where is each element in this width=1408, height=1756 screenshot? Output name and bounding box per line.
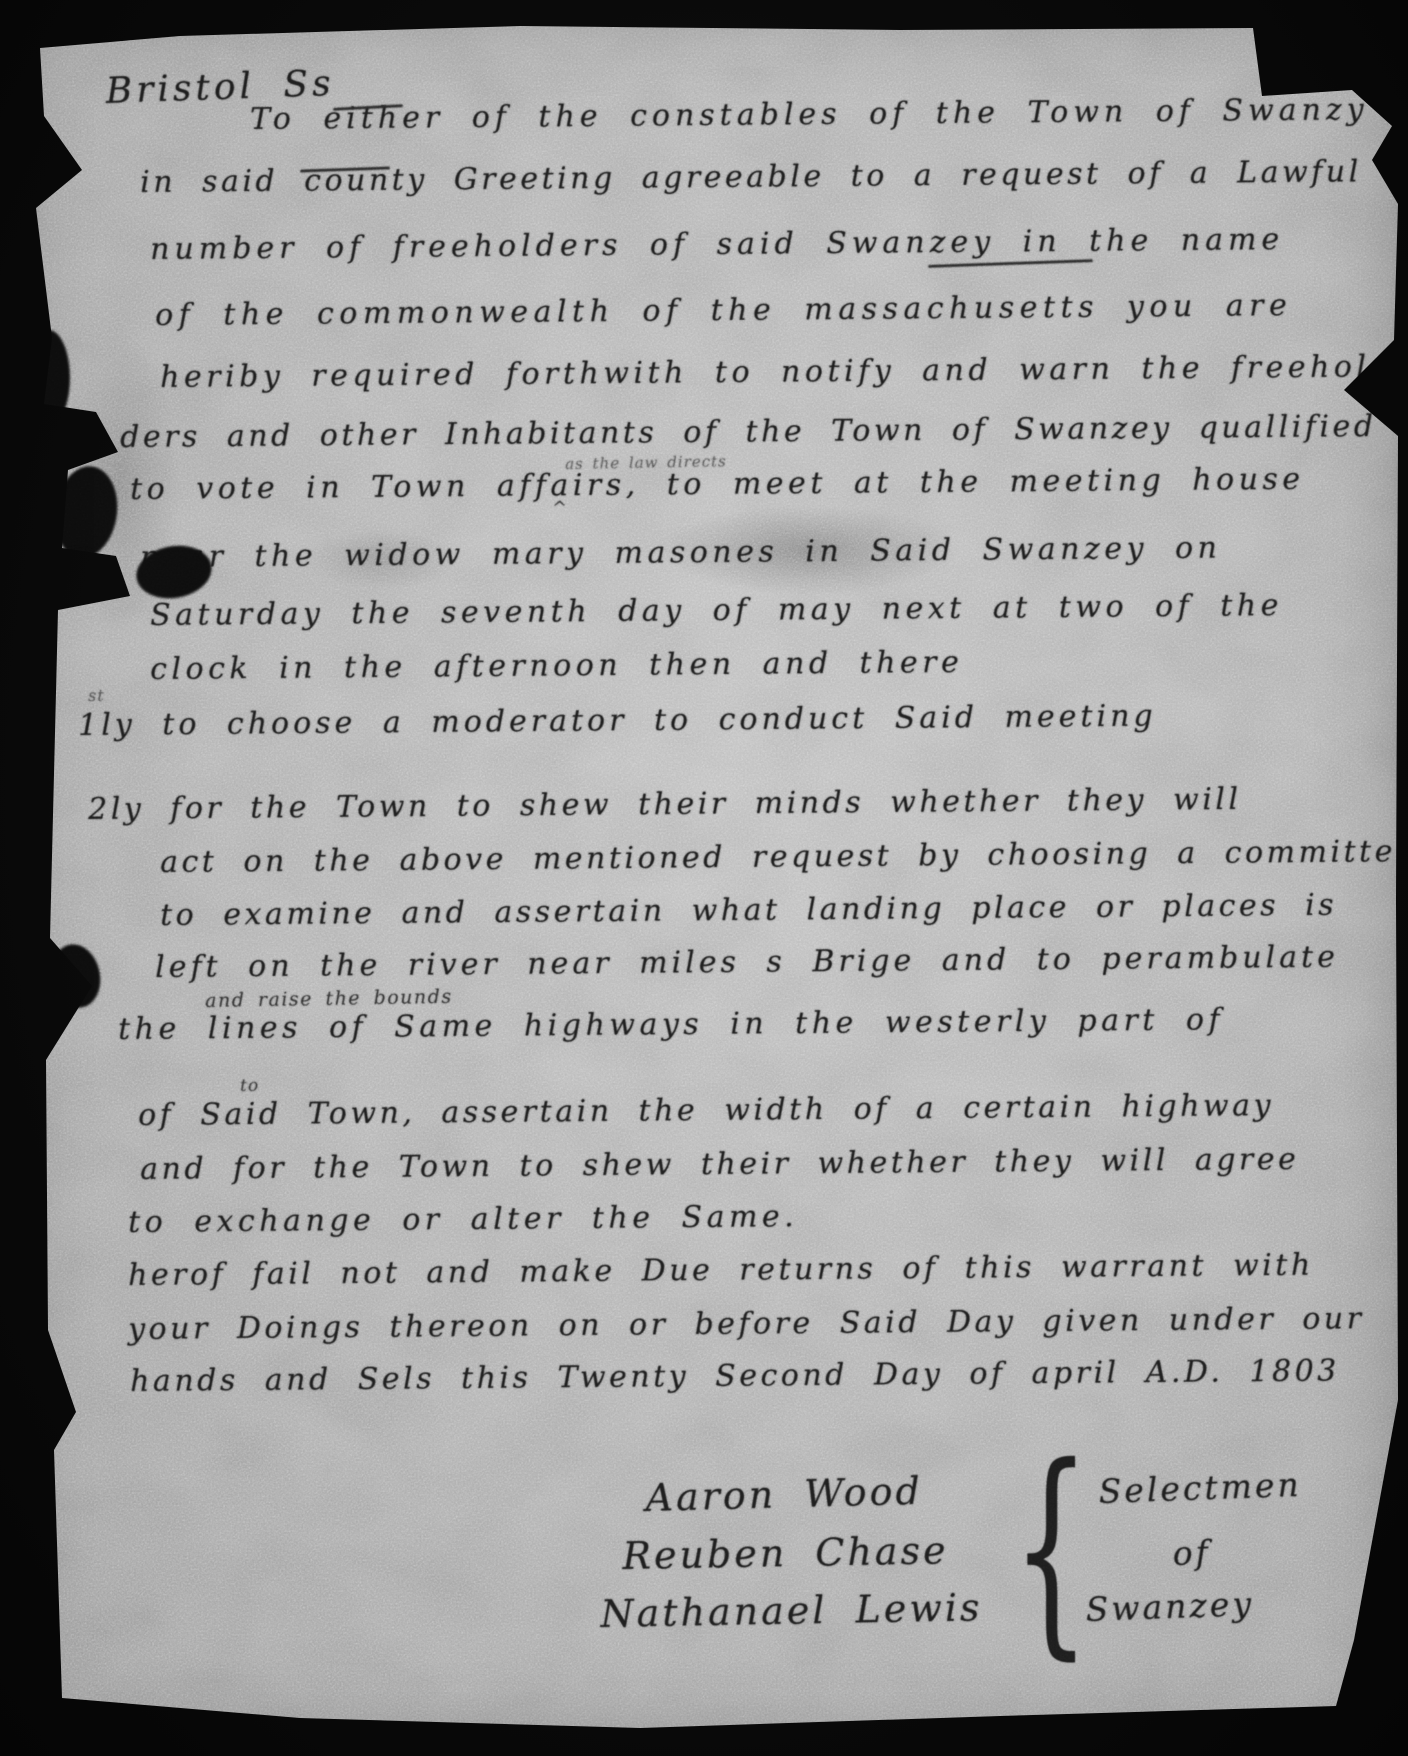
manuscript-line: of the commonwealth of the massachusetts…: [155, 288, 1292, 334]
attestation-town: Swanzey: [1085, 1584, 1255, 1629]
manuscript-line: to examine and assertain what landing pl…: [160, 888, 1337, 934]
scan-background: Bristol Ss To either of the constables o…: [0, 0, 1408, 1756]
manuscript-line: of Said Town, assertain the width of a c…: [138, 1088, 1274, 1134]
manuscript-line: to exchange or alter the Same.: [128, 1199, 798, 1241]
manuscript-line: in said county Greeting agreeable to a r…: [140, 154, 1362, 201]
manuscript-line: hands and Sels this Twenty Second Day of…: [130, 1353, 1340, 1400]
manuscript-line: heriby required forthwith to notify and …: [160, 349, 1371, 396]
manuscript-line: to vote in Town affairs, to meet at the …: [130, 462, 1305, 508]
manuscript-line: and for the Town to shew their whether t…: [140, 1142, 1299, 1188]
manuscript-line: number of freeholders of said Swanzey in…: [150, 222, 1284, 268]
attestation-of: of: [1172, 1533, 1211, 1574]
manuscript-line article-2: 2ly for the Town to shew their minds whe…: [88, 782, 1242, 828]
manuscript-line: herof fail not and make Due returns of t…: [128, 1248, 1314, 1294]
signature-reuben-chase: Reuben Chase: [622, 1528, 949, 1579]
superscript-mark: st: [88, 686, 105, 705]
manuscript-text: Bristol Ss To either of the constables o…: [0, 0, 1408, 1756]
selectmen-brace: {: [1012, 1448, 1090, 1650]
manuscript-line: clock in the afternoon then and there: [150, 645, 963, 688]
manuscript-line: your Doings thereon on or before Said Da…: [128, 1301, 1365, 1348]
edge-ink-blot: [28, 330, 70, 426]
interlinear-insertion: to: [240, 1076, 259, 1097]
manuscript-line: To either of the constables of the Town …: [250, 92, 1369, 138]
insertion-caret: ^: [552, 498, 568, 520]
manuscript-line: act on the above mentioned request by ch…: [160, 834, 1396, 881]
manuscript-line: near the widow mary masones in Said Swan…: [140, 531, 1222, 576]
signature-nathanael-lewis: Nathanael Lewis: [600, 1585, 983, 1637]
manuscript-line: Saturday the seventh day of may next at …: [150, 588, 1283, 634]
signature-aaron-wood: Aaron Wood: [645, 1469, 923, 1522]
document-paper: Bristol Ss To either of the constables o…: [0, 0, 1408, 1756]
manuscript-line article-1: 1ly to choose a moderator to conduct Sai…: [78, 699, 1157, 744]
edge-ink-blot: [52, 548, 104, 594]
manuscript-line: left on the river near miles s Brige and…: [155, 940, 1339, 986]
attestation-role: Selectmen: [1098, 1465, 1302, 1512]
manuscript-line: ders and other Inhabitants of the Town o…: [120, 409, 1377, 456]
